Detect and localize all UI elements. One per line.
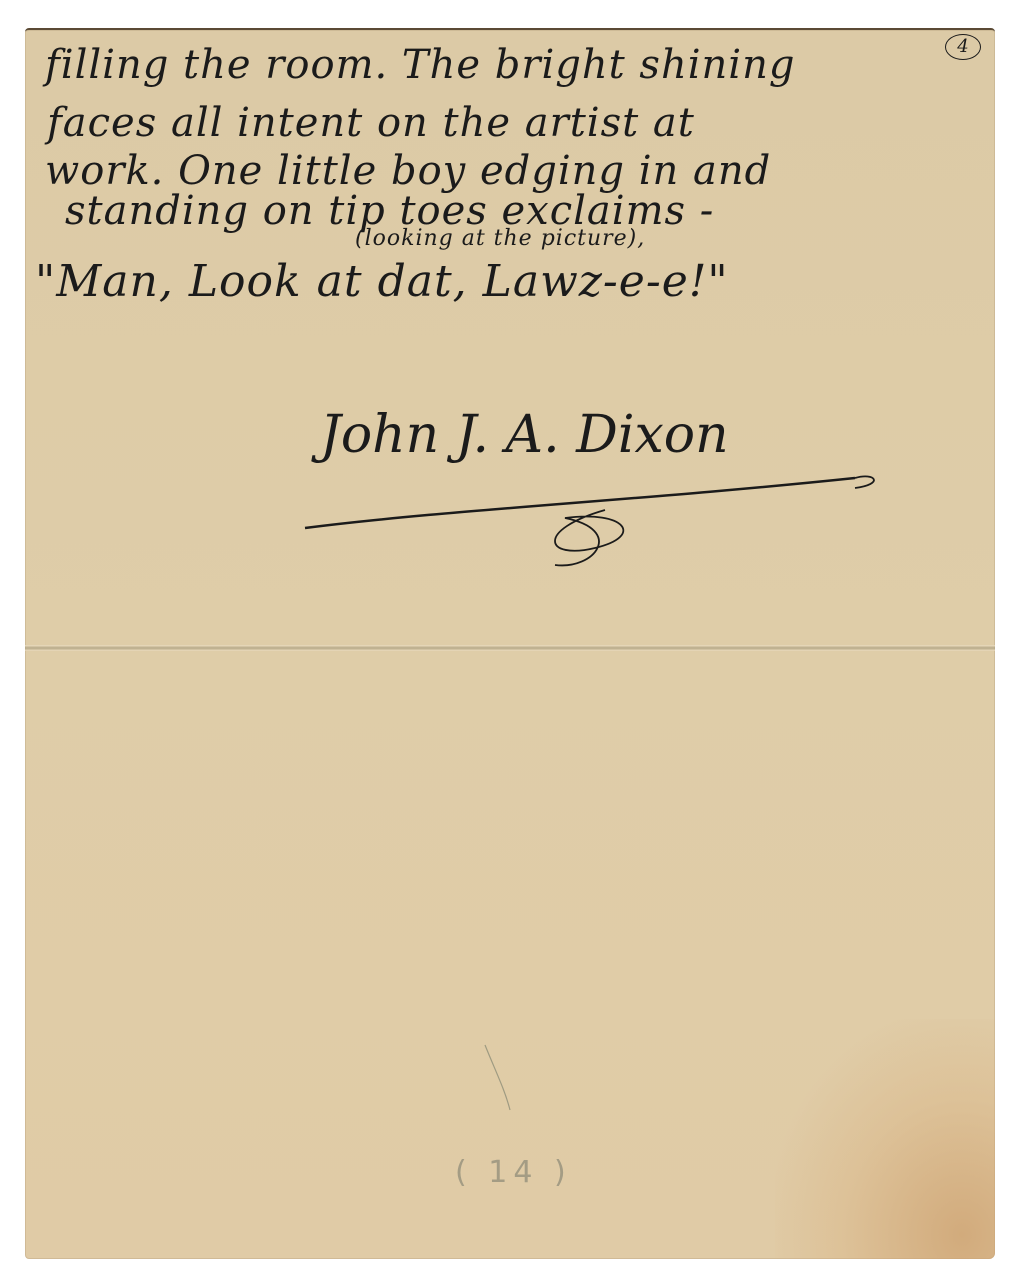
- handwritten-quote-line: "Man, Look at dat, Lawz-e-e!": [35, 256, 729, 307]
- age-stain: [775, 1019, 995, 1259]
- signature: John J. A. Dixon: [320, 405, 729, 465]
- page-number-circled: 4: [945, 34, 981, 60]
- letter-page: 4 filling the room. The bright shining f…: [25, 28, 995, 1259]
- pencil-annotation: ( 14 ): [455, 1155, 572, 1190]
- handwritten-line-2: faces all intent on the artist at: [47, 100, 695, 146]
- fold-crease: [25, 645, 995, 651]
- handwritten-interlinear-note: (looking at the picture),: [355, 226, 645, 251]
- handwritten-line-1: filling the room. The bright shining: [45, 42, 795, 88]
- signature-flourish-icon: [295, 470, 895, 590]
- pencil-mark-icon: [480, 1040, 540, 1130]
